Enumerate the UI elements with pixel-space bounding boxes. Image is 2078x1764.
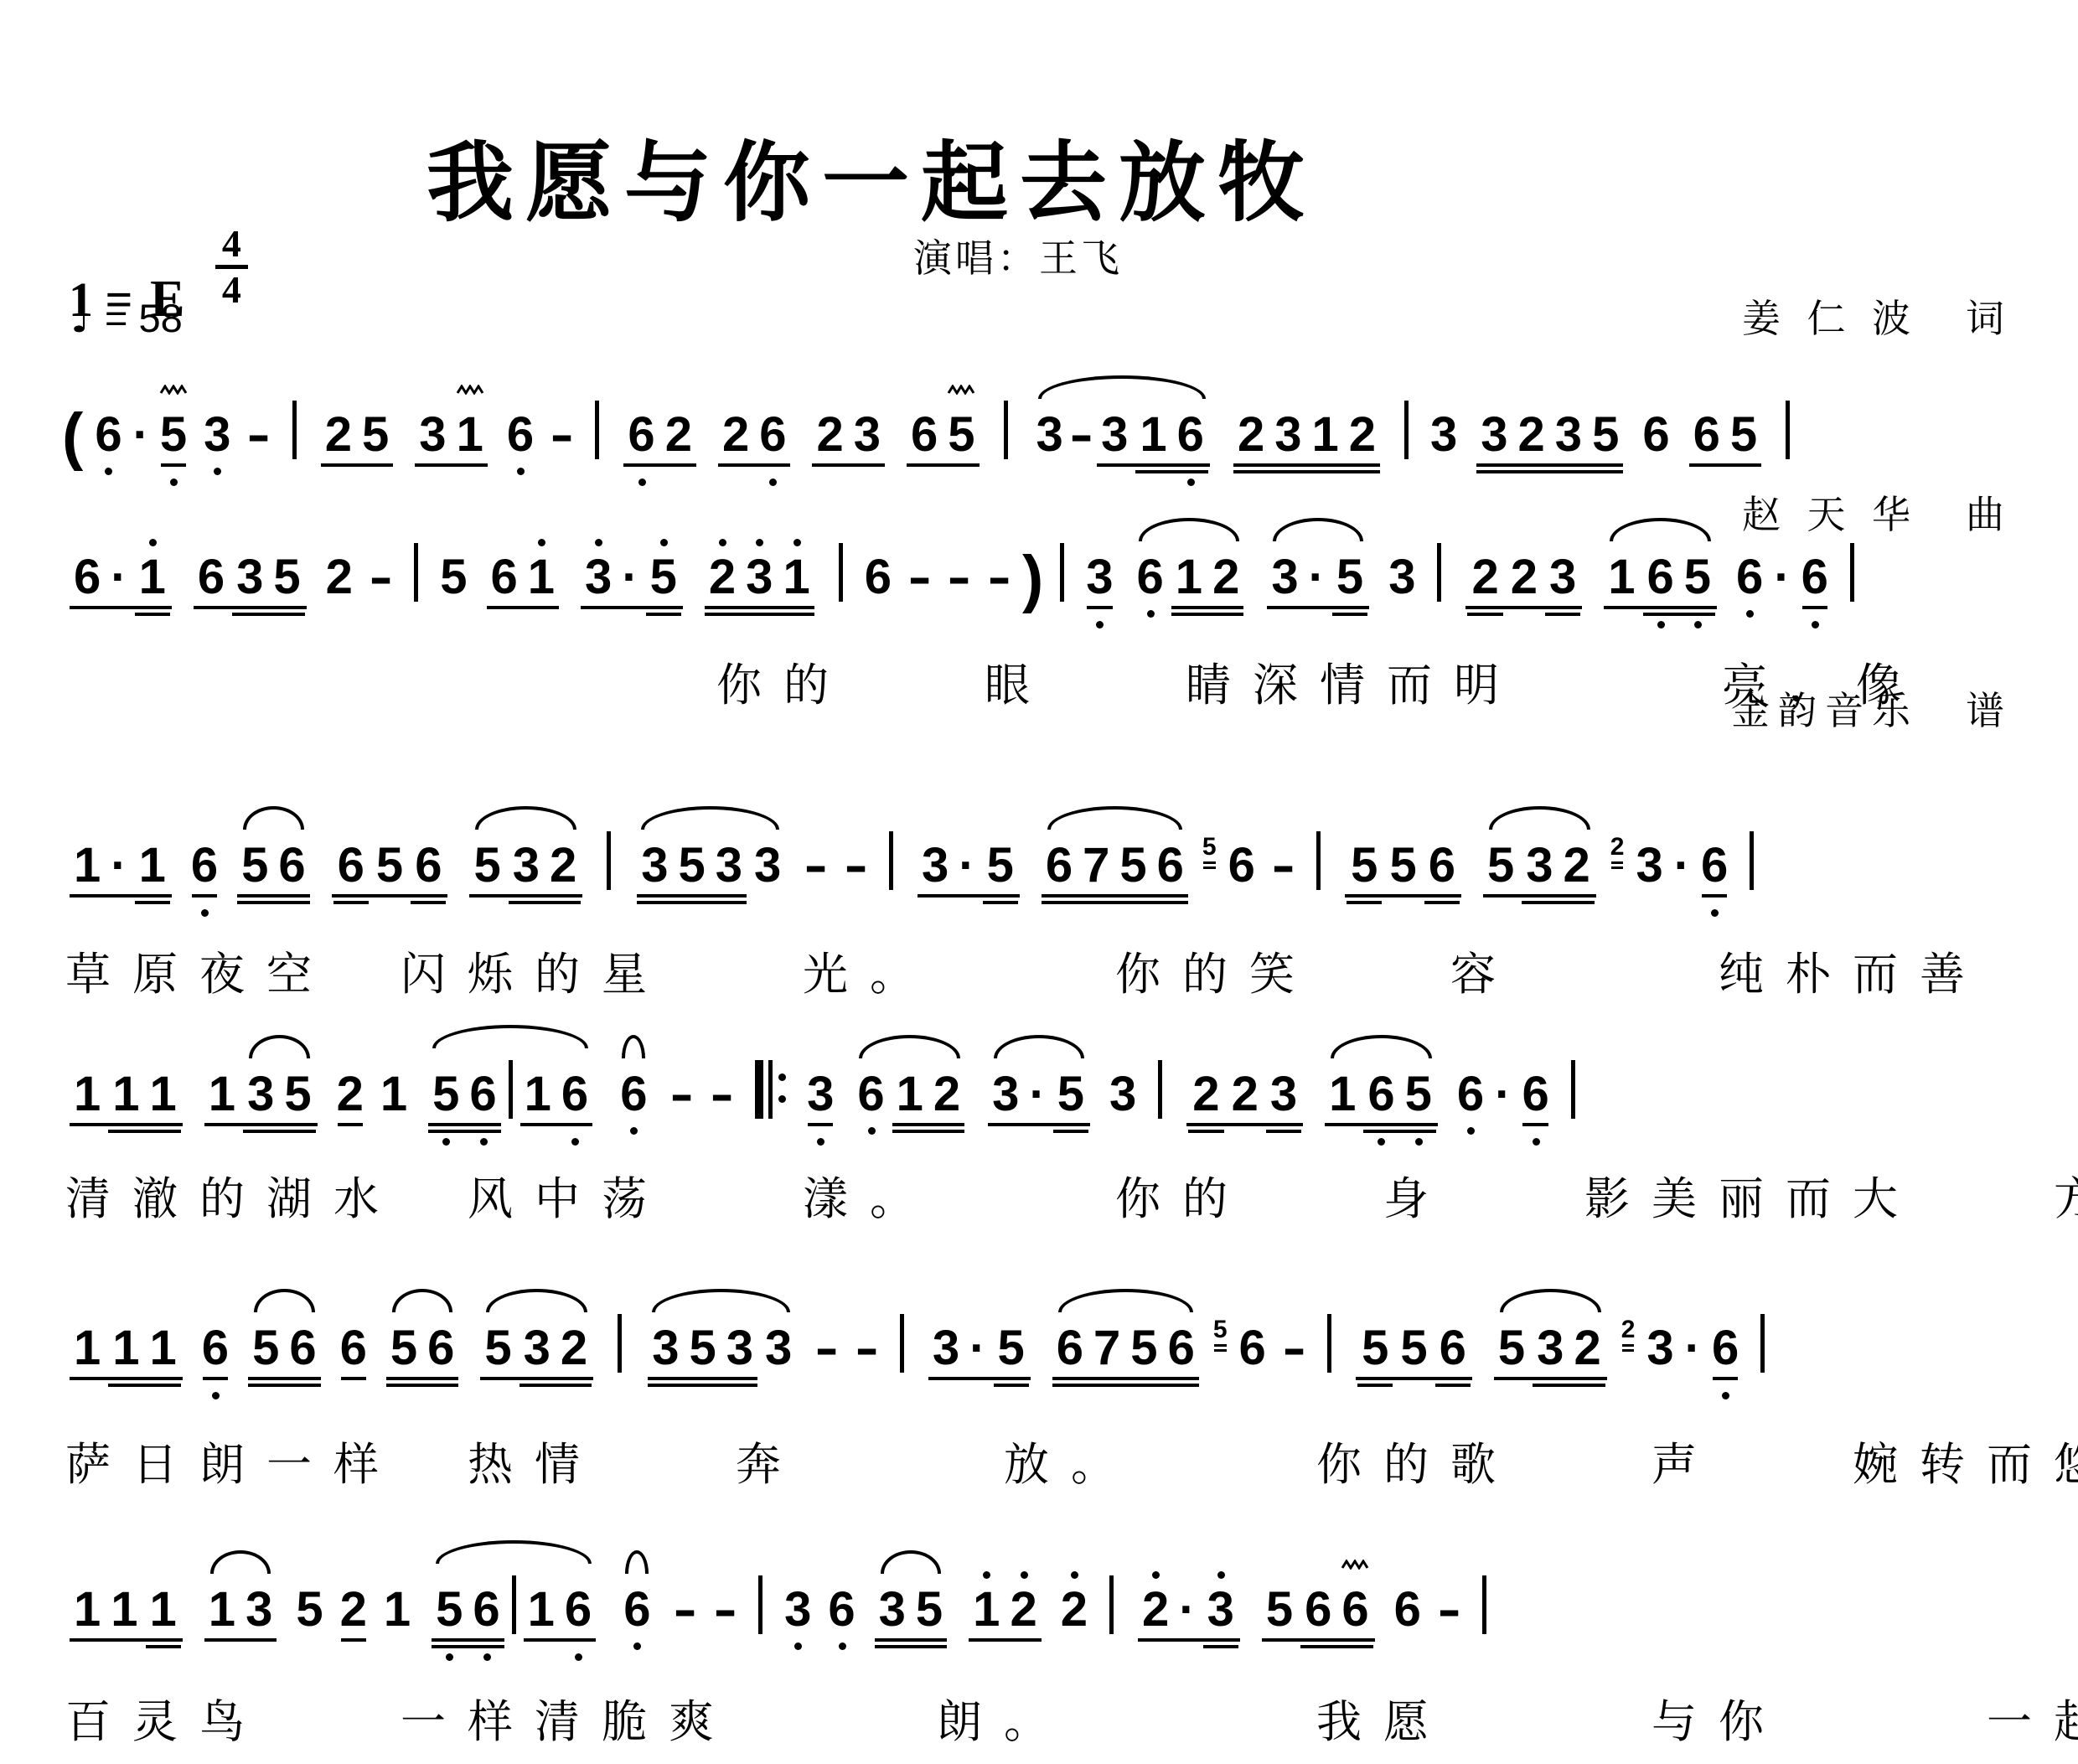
- note-text: -: [710, 1067, 733, 1121]
- mordent-icon: [947, 379, 975, 395]
- augmentation-dot: ·: [969, 1324, 985, 1373]
- note: 3: [1481, 411, 1507, 459]
- note: 3: [1636, 841, 1662, 890]
- note-text: 5: [436, 1582, 463, 1637]
- note-text: 6: [1440, 1321, 1466, 1375]
- octave-dot-low: [817, 1138, 824, 1146]
- note-text: ·: [969, 1321, 985, 1375]
- beam-group: 2312: [1233, 411, 1381, 459]
- barline: [1060, 543, 1064, 602]
- beam-line: [194, 606, 307, 609]
- beam-line: [1611, 866, 1624, 869]
- beam-line: [1357, 1384, 1393, 1387]
- note: 5: [1498, 1324, 1525, 1373]
- beam-line: [1545, 613, 1580, 616]
- note-text: 3: [246, 1582, 272, 1637]
- note: 6: [1394, 1586, 1421, 1634]
- beam-line: [70, 894, 172, 898]
- beam-group: 12: [892, 1070, 966, 1119]
- beam-line: [509, 901, 582, 904]
- beam-group: 3·5: [1266, 553, 1370, 602]
- note-text: 5: [1119, 838, 1146, 892]
- repeat-sign: [755, 1060, 785, 1119]
- beam-line: [648, 1377, 757, 1380]
- slur-arc: [641, 806, 779, 830]
- note: 2: [1212, 553, 1239, 602]
- note-text: 6: [1057, 1321, 1083, 1375]
- note: 5: [1119, 841, 1146, 890]
- music-line-5: 1116566565323533--3·5675656-55653223·6: [59, 1314, 1778, 1373]
- note-text: -: [247, 407, 271, 462]
- slur-arc: [625, 1550, 649, 1574]
- beam-group: 16: [523, 1586, 597, 1634]
- barline: [839, 543, 843, 602]
- note-text: 3: [1036, 407, 1063, 462]
- note-text: 1: [528, 550, 555, 604]
- octave-dot-low: [630, 1127, 638, 1135]
- barline: [889, 831, 893, 890]
- note-text: 2: [1142, 1582, 1169, 1637]
- beam-group: 26: [717, 411, 792, 459]
- note-text: 7: [1093, 1321, 1120, 1375]
- note-text: 6: [1157, 838, 1184, 892]
- note: 2: [340, 1586, 367, 1634]
- barline: [1482, 1575, 1486, 1634]
- note-text: -: [1438, 1582, 1461, 1637]
- note-text: 5: [1057, 1067, 1084, 1121]
- note: 5: [987, 841, 1014, 890]
- note-text: 6: [278, 838, 305, 892]
- note: 1: [528, 553, 555, 602]
- note: 6: [1701, 841, 1728, 890]
- beam-group: 5: [645, 553, 682, 602]
- octave-dot-low: [1533, 1138, 1540, 1146]
- beam-group: 656: [331, 841, 449, 890]
- note: 5: [1400, 1324, 1427, 1373]
- note: 6: [1801, 553, 1828, 602]
- beam-line: [108, 1130, 181, 1133]
- beam-group: 31: [414, 411, 488, 459]
- note-text: 5: [1362, 1321, 1388, 1375]
- note-text: 6: [1457, 1067, 1484, 1121]
- note-text: 6: [191, 838, 218, 892]
- barline: [595, 401, 599, 459]
- repeat-sign-part: [778, 1095, 786, 1103]
- beam-line: [204, 1123, 318, 1126]
- barline: [1760, 1314, 1765, 1373]
- note: 3: [641, 841, 668, 890]
- note-text: 6: [1168, 1321, 1195, 1375]
- barline: [758, 1575, 762, 1634]
- octave-dot-low: [105, 468, 112, 475]
- beam-group: 13: [204, 1586, 278, 1634]
- augmentation-dot: ·: [1029, 1070, 1045, 1119]
- note-text: 3: [1646, 1321, 1673, 1375]
- beam-line: [892, 1130, 965, 1133]
- slur-arc: [1273, 518, 1363, 541]
- slur-arc: [652, 1289, 790, 1312]
- octave-dot-low: [214, 468, 221, 475]
- note: 5: [650, 553, 677, 602]
- beam-line: [1052, 1384, 1199, 1387]
- note: 2: [550, 841, 576, 890]
- beam-line: [1356, 1377, 1472, 1380]
- beam-group: 135: [204, 1070, 318, 1119]
- note-text: 5: [1487, 838, 1514, 892]
- note-text: 5: [1351, 838, 1378, 892]
- octave-dot-high: [1217, 1571, 1225, 1579]
- note-text: 6: [1642, 407, 1669, 462]
- octave-dot-low: [1812, 621, 1819, 629]
- note: 6: [74, 553, 101, 602]
- octave-dot-low: [517, 468, 525, 475]
- slur-arc: [1489, 806, 1590, 830]
- note: 5: [689, 1324, 716, 1373]
- beam-line: [480, 1377, 593, 1380]
- note: 6: [1457, 1070, 1484, 1119]
- note: 3: [419, 411, 446, 459]
- note-text: ): [1022, 543, 1043, 614]
- beam-group: 111: [69, 1324, 184, 1373]
- note-text: 2: [1010, 1582, 1036, 1637]
- beam-line: [108, 1384, 181, 1387]
- beam-line: [1332, 613, 1367, 616]
- slur-arc: [1500, 1289, 1601, 1312]
- note: 3: [1549, 553, 1576, 602]
- note-text: 2: [325, 407, 352, 462]
- mordent-icon: [159, 379, 188, 395]
- music-line-1: (6·53-25316-622623653-316231233235665: [59, 401, 1803, 468]
- octave-dot-low: [868, 1127, 876, 1135]
- beam-group: 165: [1603, 553, 1718, 602]
- note-text: 5: [241, 838, 268, 892]
- beam-line: [487, 606, 560, 609]
- note-text: 1: [1140, 407, 1166, 462]
- note-text: 6: [623, 1582, 650, 1637]
- octave-dot-low: [1722, 1392, 1729, 1399]
- note: 1: [74, 1586, 101, 1634]
- note-text: 1: [525, 1067, 551, 1121]
- note-text: 1: [150, 1321, 177, 1375]
- barline: [618, 1314, 622, 1373]
- note-text: 2: [1621, 1316, 1636, 1343]
- music-line-2: 6·16352-5613·52316---)36123·532231656·6: [59, 543, 1868, 611]
- beam-group: 532: [1493, 1324, 1608, 1373]
- note-text: 6: [202, 1321, 229, 1375]
- note-text: 2: [933, 1067, 960, 1121]
- note: 5: [1266, 1586, 1293, 1634]
- beam-line: [705, 606, 814, 609]
- beam-group: 6: [1434, 1324, 1471, 1373]
- beam-line: [1266, 1130, 1301, 1133]
- note: 6: [1522, 1070, 1548, 1119]
- beam-group: 25: [320, 411, 395, 459]
- tempo-value: = 58: [105, 296, 183, 340]
- note: 5: [1362, 1324, 1388, 1373]
- note-text: 5: [1213, 1316, 1228, 1343]
- beam-line: [969, 1638, 1042, 1642]
- dash-note: -: [908, 553, 932, 602]
- parenthesis: (: [62, 405, 83, 468]
- grace-note: 2: [1621, 1317, 1636, 1342]
- note-text: 1: [783, 550, 809, 604]
- note-text: 2: [1061, 1582, 1088, 1637]
- note-text: 1: [384, 1582, 411, 1637]
- note-text: ·: [111, 550, 127, 604]
- note-text: 6: [1305, 1582, 1331, 1637]
- beam-line: [1042, 894, 1188, 898]
- grace-note: 5: [1213, 1317, 1228, 1342]
- beam-line: [907, 463, 980, 467]
- note: 5: [998, 1324, 1025, 1373]
- slur-group: 3-316: [1031, 411, 1212, 459]
- beam-line: [70, 1638, 183, 1642]
- beam-line: [469, 894, 582, 898]
- beam-line: [988, 1123, 1090, 1126]
- slur-arc: [622, 1035, 645, 1058]
- note: 1: [111, 1586, 137, 1634]
- note-text: 5: [679, 838, 706, 892]
- note-text: 1: [528, 1582, 555, 1637]
- note-text: 3: [1086, 550, 1113, 604]
- dash-note: -: [1271, 841, 1295, 890]
- beam-group: 35: [231, 553, 306, 602]
- octave-dot-low: [1467, 1127, 1475, 1135]
- beam-line: [1186, 1123, 1303, 1126]
- note-text: 1: [209, 1582, 235, 1637]
- octave-dot-high: [660, 539, 668, 546]
- note-text: 3: [933, 1321, 959, 1375]
- note-text: 5: [1202, 833, 1217, 861]
- repeat-sign-part: [768, 1060, 773, 1119]
- note: 3: [1388, 553, 1415, 602]
- quarter-note-icon: ♩: [70, 293, 90, 342]
- note: 3: [922, 841, 949, 890]
- note-text: 1: [209, 1067, 235, 1121]
- time-signature-numerator: 4: [215, 225, 248, 269]
- note-text: 2: [550, 838, 576, 892]
- dash-note: -: [987, 553, 1011, 602]
- beam-group: 35: [874, 1586, 949, 1634]
- note-text: 5: [1130, 1321, 1157, 1375]
- beam-line: [1689, 463, 1762, 467]
- dash-note: -: [844, 841, 867, 890]
- sheet-music-page: 我愿与你一起去放牧 演唱：王飞 姜 仁 波 词 赵 天 华 曲 金韵音乐 谱 1…: [0, 0, 2078, 1764]
- note: 2: [1238, 411, 1264, 459]
- note-text: 6: [1239, 1321, 1266, 1375]
- beam-group: 532: [468, 841, 583, 890]
- note-text: 5: [1730, 407, 1757, 462]
- beam-line: [321, 463, 394, 467]
- note: 3: [1207, 1586, 1234, 1634]
- note: 2: [722, 411, 749, 459]
- beam-group: 6: [333, 841, 370, 890]
- barline: [1437, 543, 1441, 602]
- note-text: 1: [111, 1582, 137, 1637]
- dash-note: -: [804, 841, 828, 890]
- beam-group: 23: [811, 411, 886, 459]
- dash-note: -: [370, 553, 393, 602]
- beam-group: 6756: [1041, 841, 1189, 890]
- song-title: 我愿与你一起去放牧: [0, 112, 1743, 238]
- note-text: -: [1282, 1321, 1305, 1375]
- slur-arc: [994, 1035, 1084, 1058]
- note: 2: [665, 411, 692, 459]
- note: 3: [1274, 411, 1301, 459]
- note: 5: [916, 1586, 943, 1634]
- note-text: 1: [139, 550, 166, 604]
- beam-line: [203, 1377, 228, 1380]
- note: 3: [933, 1324, 959, 1373]
- note: 6: [202, 1324, 229, 1373]
- beam-group: 5: [982, 841, 1019, 890]
- note-text: ·: [622, 550, 638, 604]
- note-text: 3: [854, 407, 881, 462]
- beam-line: [1052, 1377, 1199, 1380]
- note-text: 2: [1192, 1067, 1219, 1121]
- barline: [1786, 401, 1790, 459]
- octave-dot-high: [1071, 1571, 1078, 1579]
- beam-group: 5: [1357, 1324, 1393, 1373]
- note-text: 3: [1274, 407, 1301, 462]
- slur-arc: [432, 1025, 588, 1048]
- augmentation-dot: ·: [1179, 1586, 1195, 1634]
- beam-line: [1233, 463, 1380, 467]
- note-text: 6: [340, 1321, 367, 1375]
- beam-line: [341, 1638, 366, 1642]
- beam-group: 61: [486, 553, 561, 602]
- note: 3: [1537, 1324, 1564, 1373]
- note-text: 6: [1429, 838, 1455, 892]
- note-text: 5: [473, 838, 500, 892]
- note: 2: [1471, 553, 1498, 602]
- augmentation-dot: ·: [959, 841, 974, 890]
- beam-line: [192, 894, 217, 898]
- note-text: 3: [1526, 838, 1553, 892]
- note-text: 3: [992, 1067, 1019, 1121]
- note-text: ·: [959, 838, 974, 892]
- note: 7: [1093, 1324, 1120, 1373]
- note: 1: [457, 411, 483, 459]
- note-text: 3: [1270, 1067, 1297, 1121]
- note-text: 6: [415, 838, 442, 892]
- note: 3: [247, 1070, 274, 1119]
- music-line-3: 1·16566565323533--3·5675656-55653223·6: [59, 831, 1767, 890]
- note-text: 1: [1608, 550, 1635, 604]
- beam-line: [237, 894, 310, 898]
- note: 2: [816, 411, 843, 459]
- repeat-sign-part: [755, 1060, 763, 1119]
- beam-group: 3·5: [987, 1070, 1091, 1119]
- tempo-marking: ♩ = 58: [70, 293, 183, 342]
- note-text: 6: [1522, 1067, 1548, 1121]
- note: 3: [716, 841, 742, 890]
- note-text: 3: [1109, 1067, 1136, 1121]
- note-text: 6: [561, 1067, 588, 1121]
- note: 2: [1192, 1070, 1219, 1119]
- note: 1: [380, 1070, 407, 1119]
- note-text: ·: [1674, 838, 1690, 892]
- note: 3: [746, 553, 773, 602]
- note-text: 5: [1405, 1067, 1432, 1121]
- note-text: 1: [74, 1582, 101, 1637]
- beam-group: 5: [1052, 1070, 1089, 1119]
- note-text: 2: [1518, 407, 1545, 462]
- beam-line: [248, 1384, 321, 1387]
- note: 3: [1526, 841, 1553, 890]
- beam-line: [705, 613, 814, 616]
- beam-line: [341, 1377, 366, 1380]
- note-text: 3: [236, 550, 263, 604]
- octave-dot-low: [638, 479, 646, 486]
- octave-dot-low: [769, 479, 777, 486]
- augmentation-dot: ·: [111, 553, 127, 602]
- note: 2: [933, 1070, 960, 1119]
- beam-line: [411, 901, 446, 904]
- octave-dot-low: [1187, 479, 1195, 486]
- note: 5: [484, 1324, 511, 1373]
- lyrics-line-1: 你的 眼 睛深情而明 亮，像: [716, 649, 1923, 714]
- slur-arc: [881, 1550, 942, 1574]
- beam-line: [1435, 1384, 1471, 1387]
- beam-line: [1214, 1349, 1227, 1352]
- note-text: 6: [491, 550, 518, 604]
- octave-dot-low: [839, 1642, 846, 1650]
- note-text: 5: [284, 1067, 311, 1121]
- beam-line: [1476, 463, 1623, 467]
- note: 6: [1341, 1586, 1368, 1634]
- note-text: 5: [1592, 407, 1619, 462]
- note: 6: [911, 411, 938, 459]
- note-text: 3: [1207, 1582, 1234, 1637]
- augmentation-dot: ·: [1309, 553, 1325, 602]
- beam-group: 556: [1355, 1324, 1473, 1373]
- note-text: 3: [765, 1321, 792, 1375]
- note-text: -: [670, 1067, 694, 1121]
- note-text: 6: [1177, 407, 1204, 462]
- note: 1: [209, 1586, 235, 1634]
- note: 1: [1311, 411, 1338, 459]
- beam-group: 16: [1135, 411, 1209, 459]
- beam-line: [70, 1377, 183, 1380]
- barline: [1327, 1314, 1331, 1373]
- beam-line: [1267, 606, 1369, 609]
- note: 7: [1083, 841, 1109, 890]
- beam-line: [1522, 1123, 1548, 1126]
- note-text: 3: [204, 407, 230, 462]
- note-text: 6: [289, 1321, 316, 1375]
- note: 6: [469, 1070, 496, 1119]
- note-text: 6: [759, 407, 786, 462]
- note-text: 5: [689, 1321, 716, 1375]
- note-text: 5: [998, 1321, 1025, 1375]
- beam-group: 32: [519, 1324, 593, 1373]
- note: 1: [150, 1586, 177, 1634]
- slur-group: 6: [615, 1070, 652, 1119]
- slur-arc: [1610, 518, 1711, 541]
- beam-line: [70, 606, 172, 609]
- augmentation-dot: ·: [133, 411, 149, 459]
- beam-line: [1604, 606, 1717, 609]
- note-text: 1: [74, 1321, 101, 1375]
- note-text: 6: [911, 407, 938, 462]
- dash-note: -: [1069, 411, 1093, 459]
- beam-line: [135, 901, 170, 904]
- beam-line: [1042, 901, 1188, 904]
- beam-line: [1171, 606, 1244, 609]
- dash-note: -: [670, 1070, 694, 1119]
- note-text: 5: [1389, 838, 1416, 892]
